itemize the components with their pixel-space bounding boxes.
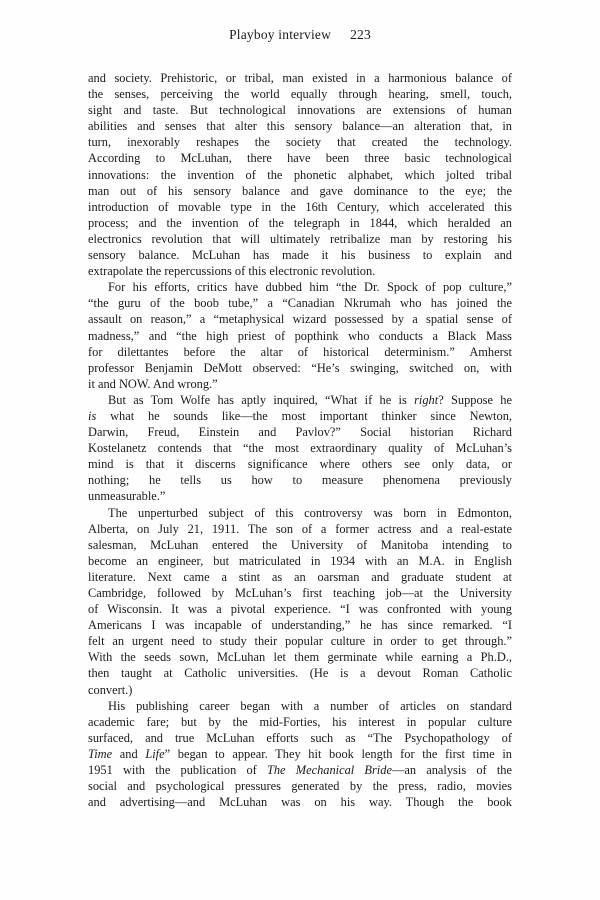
text-segment: Cambridge, followed by McLuhan’s first t… [88,586,512,600]
italic-text: right [414,393,438,407]
text-line: process; and the invention of the telegr… [88,215,512,231]
text-line: the senses, perceiving the world equally… [88,86,512,102]
text-line: assault on reason,” a “metaphysical wiza… [88,311,512,327]
text-segment: academic fare; but by the mid-Forties, h… [88,715,512,729]
text-segment: and society. Prehistoric, or tribal, man… [88,71,512,85]
text-line: academic fare; but by the mid-Forties, h… [88,714,512,730]
text-segment: professor Benjamin DeMott observed: “He’… [88,361,512,375]
text-line: nothing; he tells us how to measure phen… [88,472,512,488]
text-segment: introduction of movable type in the 16th… [88,200,512,214]
text-line: Time and Life” began to appear. They hit… [88,746,512,762]
text-line: turn, inexorably reshapes the society th… [88,134,512,150]
text-segment: ” began to appear. They hit book length … [165,747,512,761]
text-segment: ? Suppose he [438,393,512,407]
text-segment: become an engineer, but matriculated in … [88,554,512,568]
text-segment: of Wisconsin. It was a pivotal experienc… [88,602,512,616]
page-body: and society. Prehistoric, or tribal, man… [88,70,512,810]
text-segment: convert.) [88,683,132,697]
text-segment: man out of his sensory balance and gave … [88,184,512,198]
text-segment: electronics revolution that will ultimat… [88,232,512,246]
paragraph: For his efforts, critics have dubbed him… [88,279,512,392]
text-line: convert.) [88,682,512,698]
text-segment: felt an urgent need to study their popul… [88,634,512,648]
book-page: Playboy interview223 and society. Prehis… [0,0,600,900]
text-segment: abilities and senses that alter this sen… [88,119,512,133]
paragraph: and society. Prehistoric, or tribal, man… [88,70,512,279]
text-line: Darwin, Freud, Einstein and Pavlov?” Soc… [88,424,512,440]
text-line: mind is that it discerns significance wh… [88,456,512,472]
text-line: man out of his sensory balance and gave … [88,183,512,199]
text-line: With the seeds sown, McLuhan let them ge… [88,649,512,665]
text-line: unmeasurable.” [88,488,512,504]
paragraph: The unperturbed subject of this controve… [88,505,512,698]
running-head-title: Playboy interview [229,27,331,42]
text-line: then taught at Catholic universities. (H… [88,665,512,681]
text-segment: “the guru of the boob tube,” a “Canadian… [88,296,512,310]
text-segment: extrapolate the repercussions of this el… [88,264,375,278]
text-line: madness,” and “the high priest of popthi… [88,328,512,344]
text-line: “the guru of the boob tube,” a “Canadian… [88,295,512,311]
text-line: His publishing career began with a numbe… [88,698,512,714]
text-line: is what he sounds like—the most importan… [88,408,512,424]
text-line: But as Tom Wolfe has aptly inquired, “Wh… [88,392,512,408]
text-segment: —an analysis of the [392,763,512,777]
text-segment: innovations: the invention of the phonet… [88,168,512,182]
text-line: introduction of movable type in the 16th… [88,199,512,215]
text-line: and advertising—and McLuhan was on his w… [88,794,512,810]
text-segment: unmeasurable.” [88,489,165,503]
running-head: Playboy interview223 [0,27,600,43]
text-segment: According to McLuhan, there have been th… [88,151,512,165]
text-line: 1951 with the publication of The Mechani… [88,762,512,778]
text-line: and society. Prehistoric, or tribal, man… [88,70,512,86]
text-line: become an engineer, but matriculated in … [88,553,512,569]
text-segment: His publishing career began with a numbe… [108,699,512,713]
text-line: of Wisconsin. It was a pivotal experienc… [88,601,512,617]
text-segment: and advertising—and McLuhan was on his w… [88,795,512,809]
text-line: professor Benjamin DeMott observed: “He’… [88,360,512,376]
text-line: felt an urgent need to study their popul… [88,633,512,649]
text-segment: Darwin, Freud, Einstein and Pavlov?” Soc… [88,425,512,439]
text-line: for dilettantes before the altar of hist… [88,344,512,360]
text-line: sight and taste. But technological innov… [88,102,512,118]
text-line: it and NOW. And wrong.” [88,376,512,392]
text-segment: 1951 with the publication of [88,763,267,777]
text-segment: sight and taste. But technological innov… [88,103,512,117]
page-number: 223 [350,27,371,42]
text-line: For his efforts, critics have dubbed him… [88,279,512,295]
text-line: According to McLuhan, there have been th… [88,150,512,166]
text-segment: assault on reason,” a “metaphysical wiza… [88,312,512,326]
paragraph: His publishing career began with a numbe… [88,698,512,811]
text-line: innovations: the invention of the phonet… [88,167,512,183]
text-segment: what he sounds like—the most important t… [96,409,512,423]
text-segment: Kostelanetz contends that “the most extr… [88,441,512,455]
text-segment: Alberta, on July 21, 1911. The son of a … [88,522,512,536]
paragraph: But as Tom Wolfe has aptly inquired, “Wh… [88,392,512,505]
text-segment: The unperturbed subject of this controve… [108,506,512,520]
italic-text: The Mechanical Bride [267,763,392,777]
text-line: The unperturbed subject of this controve… [88,505,512,521]
text-segment: it and NOW. And wrong.” [88,377,218,391]
text-segment: salesman, McLuhan entered the University… [88,538,512,552]
text-segment: the senses, perceiving the world equally… [88,87,512,101]
italic-text: Life [145,747,164,761]
text-line: Cambridge, followed by McLuhan’s first t… [88,585,512,601]
text-segment: process; and the invention of the telegr… [88,216,512,230]
text-segment: Americans I was incapable of understandi… [88,618,512,632]
text-segment: madness,” and “the high priest of popthi… [88,329,512,343]
text-line: Americans I was incapable of understandi… [88,617,512,633]
text-line: literature. Next came a stint as an oars… [88,569,512,585]
text-segment: turn, inexorably reshapes the society th… [88,135,512,149]
text-segment: sensory balance. McLuhan has made it his… [88,248,512,262]
italic-text: Time [88,747,112,761]
text-segment: literature. Next came a stint as an oars… [88,570,512,584]
text-segment: social and psychological pressures gener… [88,779,512,793]
text-segment: surfaced, and true McLuhan efforts such … [88,731,512,745]
text-segment: then taught at Catholic universities. (H… [88,666,512,680]
text-segment: nothing; he tells us how to measure phen… [88,473,512,487]
text-line: Kostelanetz contends that “the most extr… [88,440,512,456]
text-line: abilities and senses that alter this sen… [88,118,512,134]
text-segment: and [112,747,145,761]
text-line: surfaced, and true McLuhan efforts such … [88,730,512,746]
text-line: Alberta, on July 21, 1911. The son of a … [88,521,512,537]
text-segment: With the seeds sown, McLuhan let them ge… [88,650,512,664]
text-line: salesman, McLuhan entered the University… [88,537,512,553]
text-segment: for dilettantes before the altar of hist… [88,345,512,359]
text-line: electronics revolution that will ultimat… [88,231,512,247]
text-segment: mind is that it discerns significance wh… [88,457,512,471]
text-line: social and psychological pressures gener… [88,778,512,794]
text-segment: But as Tom Wolfe has aptly inquired, “Wh… [108,393,414,407]
text-segment: For his efforts, critics have dubbed him… [108,280,512,294]
text-line: extrapolate the repercussions of this el… [88,263,512,279]
text-line: sensory balance. McLuhan has made it his… [88,247,512,263]
